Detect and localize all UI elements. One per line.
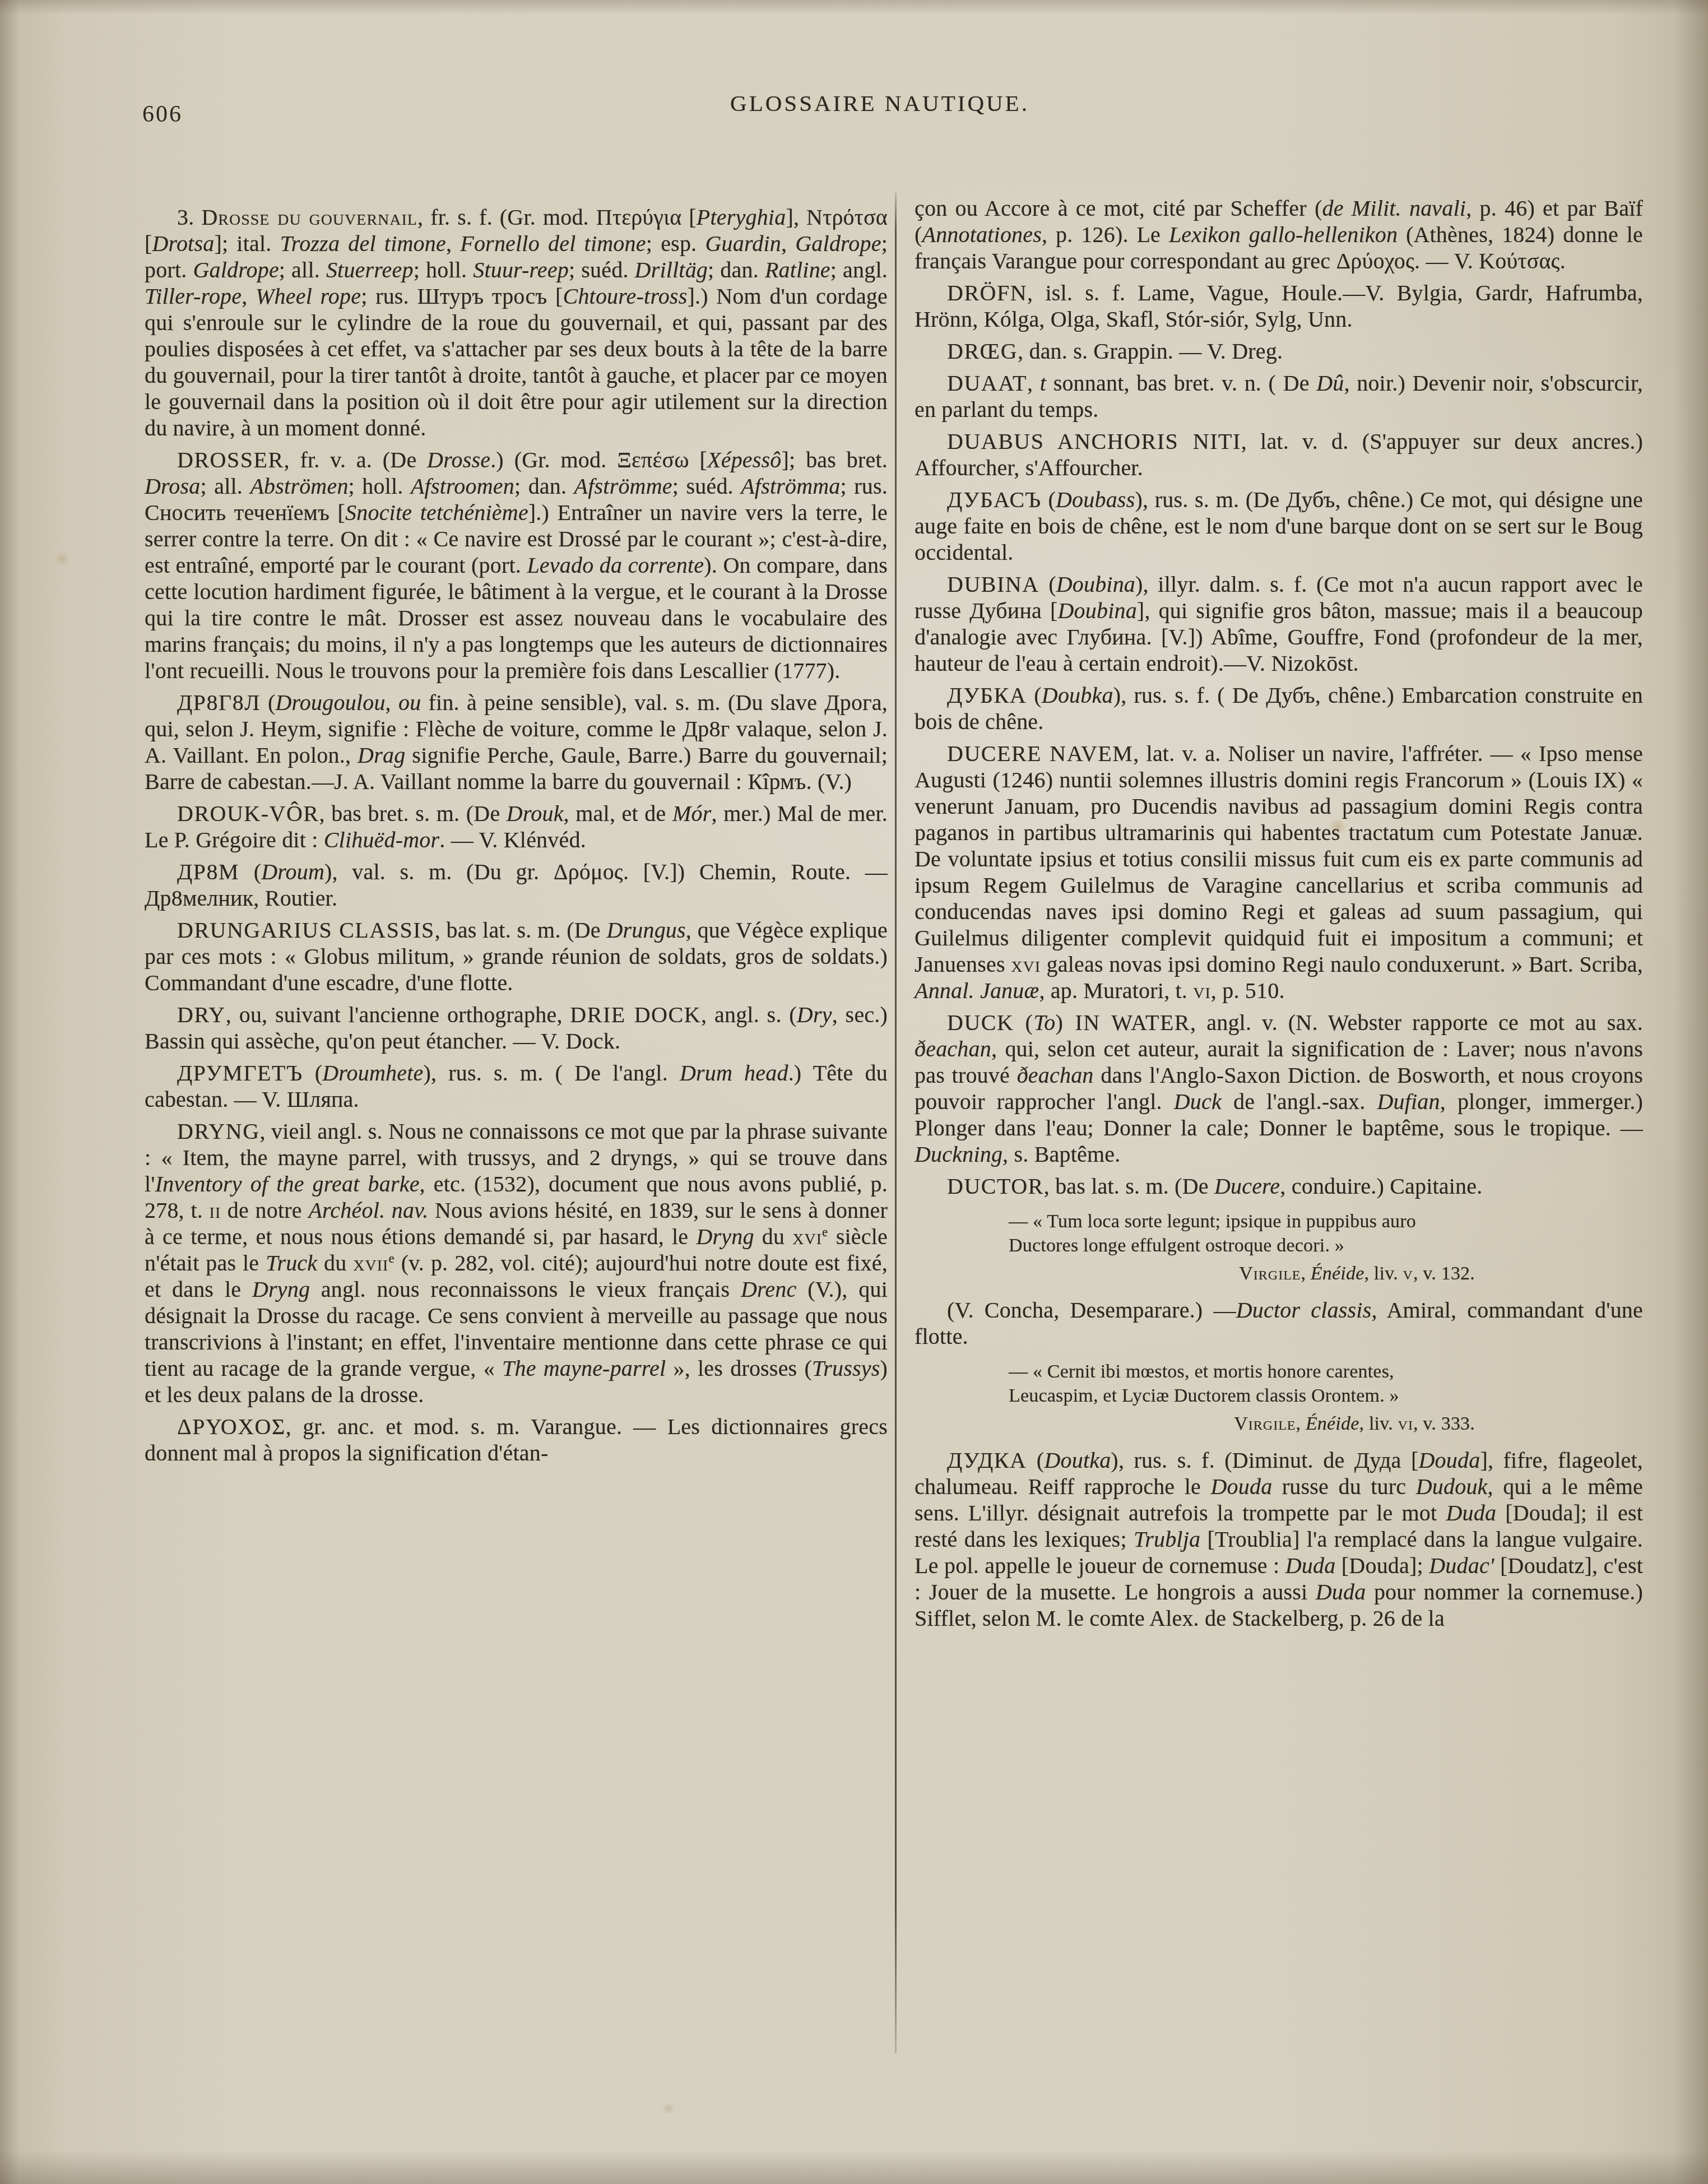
text-segment: v xyxy=(1403,1263,1413,1284)
text-segment: Doubina xyxy=(1057,598,1136,623)
glossary-entry: DRÖFN, isl. s. f. Lame, Vague, Houle.—V.… xyxy=(915,280,1643,332)
text-segment: du xyxy=(317,1250,353,1276)
entry-headword: DRŒG xyxy=(947,339,1018,364)
text-segment: ( xyxy=(1039,572,1056,597)
text-segment: ii xyxy=(210,1198,221,1223)
text-segment: ; all. xyxy=(201,474,250,499)
text-segment: ( xyxy=(1027,1448,1044,1473)
text-segment: Afstroomen xyxy=(411,474,514,499)
text-segment: angl. nous reconnaissons le vieux frança… xyxy=(310,1277,741,1302)
text-segment: Drotsa xyxy=(152,231,215,256)
text-segment: 3. xyxy=(177,205,201,230)
page-edge-shadow-bottom xyxy=(0,2150,1708,2184)
verse-quote: — « Cernit ibi mœstos, et mortis honore … xyxy=(1009,1360,1643,1408)
glossary-entry: DRY, ou, suivant l'ancienne orthographe,… xyxy=(145,1001,888,1054)
text-segment: Ductores longe effulgent ostroque decori… xyxy=(1009,1235,1344,1256)
entry-headword: ДУДКА xyxy=(947,1448,1027,1473)
text-segment: Annal. Januæ xyxy=(915,978,1039,1003)
text-segment: , liv. xyxy=(1359,1413,1398,1434)
text-segment: Virgile xyxy=(1239,1263,1301,1284)
text-segment: . — V. Klénvéd. xyxy=(439,827,586,852)
entry-headword: DRYNG xyxy=(177,1119,260,1144)
text-segment: Doubass xyxy=(1056,487,1135,512)
text-segment: Afströmme xyxy=(574,474,672,499)
entry-headword: ДУБАСЪ xyxy=(947,487,1042,512)
text-segment: Annotationes xyxy=(922,222,1042,247)
text-segment: t xyxy=(1040,370,1046,396)
text-segment: Stuur-reep xyxy=(473,257,569,282)
citation-attribution: Virgile, Énéide, liv. v, v. 132. xyxy=(915,1262,1475,1286)
text-segment: Drag xyxy=(358,743,405,768)
text-segment: Duck xyxy=(1174,1089,1222,1114)
text-segment: ( xyxy=(1042,487,1056,512)
text-segment: ðeachan xyxy=(915,1036,991,1061)
glossary-entry: ΔΡΥΟΧΟΣ, gr. anc. et mod. s. m. Varangue… xyxy=(145,1413,888,1466)
text-segment: ðeachan xyxy=(1017,1063,1094,1088)
right-column: çon ou Accore à ce mot, cité par Scheffe… xyxy=(915,195,1643,1637)
text-segment: , fr. s. f. (Gr. mod. Πτερύγια [ xyxy=(417,205,697,230)
text-segment: ]; ital. xyxy=(214,231,280,256)
text-segment: Doubina xyxy=(1056,572,1135,597)
text-segment: vi xyxy=(1193,978,1211,1003)
text-segment: Duda xyxy=(1446,1500,1496,1525)
entry-headword: ДРУМГЕТЪ xyxy=(177,1060,303,1086)
text-segment: Snocite tetchénième xyxy=(345,500,528,525)
text-segment: , xyxy=(386,690,398,715)
entry-headword: DRY xyxy=(177,1002,226,1027)
text-segment: , bas lat. s. m. (De xyxy=(435,917,607,943)
text-segment: sonnant, bas bret. v. n. ( De xyxy=(1046,370,1316,396)
text-segment: Dudac' xyxy=(1429,1553,1494,1578)
text-segment: Drilltäg xyxy=(635,257,708,282)
glossary-entry: DRYNG, vieil angl. s. Nous ne connaisson… xyxy=(145,1118,888,1408)
text-segment: Truck xyxy=(266,1250,317,1276)
text-segment: Abströmen xyxy=(250,474,348,499)
text-segment: , dan. s. Grappin. — V. Dreg. xyxy=(1018,339,1283,364)
text-segment: [Douda]; xyxy=(1335,1553,1429,1578)
glossary-entry: ДУБКА (Doubka), rus. s. f. ( De Дубъ, ch… xyxy=(915,682,1643,735)
page-edge-shadow-top xyxy=(0,0,1708,15)
text-segment: xvi xyxy=(792,1224,822,1249)
text-segment: Archéol. nav. xyxy=(308,1198,428,1223)
text-segment: Doubka xyxy=(1042,683,1113,708)
text-segment: Wheel rope xyxy=(256,284,361,309)
entry-headword: ДР8Г8Л xyxy=(177,690,261,715)
entry-continuation: çon ou Accore à ce mot, cité par Scheffe… xyxy=(915,195,1643,274)
entry-headword: ) IN WATER xyxy=(1055,1010,1190,1035)
citation-attribution: Virgile, Énéide, liv. vi, v. 333. xyxy=(915,1412,1475,1436)
text-segment: Drouk xyxy=(507,801,564,826)
entry-headword: ДР8М xyxy=(177,859,239,884)
glossary-entry: ДР8М (Droum), val. s. m. (Du gr. Δρόμος.… xyxy=(145,859,888,911)
text-segment: , xyxy=(1027,370,1040,396)
text-segment: , s. Baptême. xyxy=(1002,1142,1120,1167)
text-segment: — « Cernit ibi mœstos, et mortis honore … xyxy=(1009,1361,1394,1382)
text-segment: ; suéd. xyxy=(672,474,741,499)
text-segment: ; holl. xyxy=(349,474,411,499)
text-segment: ; dan. xyxy=(708,257,765,282)
text-segment: Duckning xyxy=(915,1142,1002,1167)
text-segment: ( xyxy=(303,1060,323,1086)
text-segment: — « Tum loca sorte legunt; ipsique in pu… xyxy=(1009,1211,1416,1232)
text-segment: Duda xyxy=(1316,1579,1366,1605)
text-segment: Duda xyxy=(1285,1553,1336,1578)
verse-quote: — « Tum loca sorte legunt; ipsique in pu… xyxy=(1009,1209,1643,1258)
glossary-entry: ДУБАСЪ (Doubass), rus. s. m. (De Дубъ, c… xyxy=(915,486,1643,565)
text-segment: Tiller-rope xyxy=(145,284,242,309)
text-segment: du xyxy=(754,1224,793,1249)
text-segment: Fornello del timone xyxy=(460,231,646,256)
glossary-entry: ДУДКА (Doutka), rus. s. f. (Diminut. de … xyxy=(915,1447,1643,1631)
text-segment: Drosse du gouvernail xyxy=(201,205,417,230)
text-segment: , angl. s. ( xyxy=(701,1002,797,1027)
text-segment: ]; bas bret. xyxy=(782,447,888,472)
scanned-book-page: 606 GLOSSAIRE NAUTIQUE. 3. Drosse du gou… xyxy=(0,0,1708,2184)
text-segment: The mayne-parrel xyxy=(502,1356,666,1381)
entry-headword: DROUK-VÔR xyxy=(177,801,319,826)
glossary-entry: (V. Concha, Desemparare.) —Ductor classi… xyxy=(915,1297,1643,1350)
text-segment: de l'angl.-sax. xyxy=(1222,1089,1377,1114)
entry-headword: DRUNGARIUS CLASSIS xyxy=(177,917,435,943)
text-segment: ; dan. xyxy=(514,474,574,499)
text-segment: , p. 510. xyxy=(1211,978,1285,1003)
page-edge-shadow-right xyxy=(1674,0,1708,2184)
text-segment: Dryng xyxy=(696,1224,754,1249)
glossary-entry: 3. Drosse du gouvernail, fr. s. f. (Gr. … xyxy=(145,204,888,441)
text-segment: , fr. v. a. (De xyxy=(284,447,428,472)
glossary-entry: DUAAT, t sonnant, bas bret. v. n. ( De D… xyxy=(915,370,1643,423)
entry-headword: DUBINA xyxy=(947,572,1039,597)
text-segment: Afströmma xyxy=(741,474,840,499)
text-segment: Drungus xyxy=(606,917,685,943)
text-segment: Dryng xyxy=(252,1277,310,1302)
text-segment: Guardin xyxy=(705,231,781,256)
text-segment: , xyxy=(1296,1413,1305,1434)
text-segment: Xépessô xyxy=(707,447,781,472)
glossary-entry: DUABUS ANCHORIS NITI, lat. v. d. (S'appu… xyxy=(915,428,1643,481)
text-segment: Trublja xyxy=(1134,1527,1200,1552)
text-segment: , v. 333. xyxy=(1413,1413,1475,1434)
text-segment: , xyxy=(1301,1263,1310,1284)
text-segment: ), rus. s. m. ( De l'angl. xyxy=(424,1060,680,1086)
text-segment: ; holl. xyxy=(414,257,473,282)
paper-stain xyxy=(661,2103,676,2114)
glossary-entry: DUCK (To) IN WATER, angl. v. (N. Webster… xyxy=(915,1009,1643,1167)
text-segment: Dry xyxy=(797,1002,832,1027)
text-segment: Droum xyxy=(261,859,324,884)
text-segment: Ductor classis xyxy=(1236,1297,1372,1323)
text-segment: Inventory of the great barke xyxy=(155,1171,420,1197)
glossary-entry: DUCTOR, bas lat. s. m. (De Ducere, condu… xyxy=(915,1173,1643,1199)
text-segment: ), rus. s. f. (Diminut. de Дуда [ xyxy=(1111,1448,1418,1473)
entry-headword: DUAAT xyxy=(947,370,1027,396)
text-segment: Drosa xyxy=(145,474,201,499)
text-segment: Drosse xyxy=(427,447,490,472)
glossary-entry: DROSSER, fr. v. a. (De Drosse.) (Gr. mod… xyxy=(145,447,888,684)
text-segment: çon ou Accore à ce mot, cité par Scheffe… xyxy=(915,196,1322,221)
text-segment: , angl. v. (N. Webster rapporte ce mot a… xyxy=(1190,1010,1643,1035)
text-segment: , bas lat. s. m. (De xyxy=(1044,1174,1214,1199)
text-segment: To xyxy=(1033,1010,1055,1035)
text-segment: (V. Concha, Desemparare.) — xyxy=(947,1297,1236,1323)
text-segment: Trussys xyxy=(812,1356,880,1381)
left-column: 3. Drosse du gouvernail, fr. s. f. (Gr. … xyxy=(145,204,888,1472)
text-segment: Levado da corrente xyxy=(527,553,704,578)
entry-headword: DUCERE NAVEM xyxy=(947,741,1133,766)
text-segment: , liv. xyxy=(1364,1263,1403,1284)
text-segment: xvi xyxy=(1011,952,1041,977)
text-segment: Drum head xyxy=(680,1060,788,1086)
text-segment: , ou, suivant l'ancienne orthographe, xyxy=(226,1002,570,1027)
text-segment: Dû xyxy=(1316,370,1344,396)
text-segment: ( xyxy=(261,690,276,715)
column-divider-rule xyxy=(895,193,897,2053)
text-segment: , xyxy=(781,231,795,256)
text-segment: e xyxy=(822,1225,828,1240)
glossary-entry: DUBINA (Doubina), illyr. dalm. s. f. (Ce… xyxy=(915,571,1643,676)
text-segment: ; all. xyxy=(279,257,326,282)
text-segment: Droumhete xyxy=(322,1060,423,1086)
text-segment: ; esp. xyxy=(646,231,706,256)
glossary-entry: DRUNGARIUS CLASSIS, bas lat. s. m. (De D… xyxy=(145,917,888,996)
text-segment: Galdrope xyxy=(193,257,279,282)
entry-headword: DRIE DOCK xyxy=(570,1002,701,1027)
entry-headword: DUCTOR xyxy=(947,1174,1044,1199)
entry-headword: DUCK ( xyxy=(947,1010,1033,1035)
text-segment: de notre xyxy=(221,1198,308,1223)
text-segment: ; suéd. xyxy=(569,257,635,282)
text-segment: Énéide xyxy=(1311,1263,1364,1284)
text-segment: Dufian xyxy=(1377,1089,1440,1114)
text-segment: Trozza del timone xyxy=(280,231,446,256)
text-segment: , p. 126). Le xyxy=(1042,222,1169,247)
text-segment: Drenc xyxy=(741,1277,796,1302)
entry-headword: ДУБКА xyxy=(947,683,1027,708)
text-segment: , lat. v. a. Noliser un navire, l'affrét… xyxy=(915,741,1643,977)
paper-stain xyxy=(54,553,71,565)
text-segment: vi xyxy=(1398,1413,1413,1434)
text-segment: ( xyxy=(1027,683,1042,708)
glossary-entry: ДРУМГЕТЪ (Droumhete), rus. s. m. ( De l'… xyxy=(145,1060,888,1112)
entry-headword: DRÖFN xyxy=(947,280,1027,305)
text-segment: Énéide xyxy=(1306,1413,1359,1434)
glossary-entry: DROUK-VÔR, bas bret. s. m. (De Drouk, ma… xyxy=(145,800,888,853)
text-segment: Mór xyxy=(672,801,712,826)
text-segment: Pteryghia xyxy=(697,205,786,230)
text-segment: de Milit. navali xyxy=(1322,196,1466,221)
running-title: GLOSSAIRE NAUTIQUE. xyxy=(84,90,1675,117)
text-segment: xvii xyxy=(353,1250,388,1276)
text-segment: Galdrope xyxy=(795,231,881,256)
text-segment: ( xyxy=(239,859,261,884)
text-segment: Leucaspim, et Lyciæ Ductorem classis Oro… xyxy=(1009,1385,1399,1406)
text-segment: e xyxy=(388,1251,394,1266)
text-segment: Doutka xyxy=(1044,1448,1111,1473)
text-segment: Ratline xyxy=(765,257,830,282)
text-segment: Dudouk xyxy=(1416,1474,1488,1499)
text-segment: ou xyxy=(398,690,421,715)
text-segment: , mal, et de xyxy=(564,801,672,826)
text-segment: », les drosses ( xyxy=(666,1356,812,1381)
text-segment: , ap. Muratori, t. xyxy=(1039,978,1193,1003)
text-segment: Ducere xyxy=(1214,1174,1280,1199)
text-segment: , xyxy=(242,284,256,309)
text-segment: ; angl. xyxy=(830,257,888,282)
glossary-entry: ДР8Г8Л (Drougoulou, ou fin. à peine sens… xyxy=(145,689,888,795)
text-segment: Virgile xyxy=(1234,1413,1296,1434)
text-segment: Chtoure-tross xyxy=(563,284,688,309)
text-segment: Stuerreep xyxy=(326,257,414,282)
text-segment: Drougoulou xyxy=(276,690,386,715)
entry-headword: DUABUS ANCHORIS NITI xyxy=(947,429,1241,454)
text-segment: , xyxy=(446,231,460,256)
text-segment: Lexikon gallo-hellenikon xyxy=(1169,222,1398,247)
text-segment: .) (Gr. mod. Ξεπέσω [ xyxy=(490,447,707,472)
entry-headword: ΔΡΥΟΧΟΣ xyxy=(177,1414,286,1439)
text-segment: ; rus. Штуръ тросъ [ xyxy=(361,284,563,309)
text-segment: Douda xyxy=(1419,1448,1480,1473)
text-segment: Clihuëd-mor xyxy=(324,827,440,852)
glossary-entry: DUCERE NAVEM, lat. v. a. Noliser un navi… xyxy=(915,740,1643,1004)
text-segment: Douda xyxy=(1210,1474,1272,1499)
text-segment: galeas novas ipsi domino Regi naulo cond… xyxy=(1041,952,1643,977)
text-segment: , v. 132. xyxy=(1413,1263,1475,1284)
entry-headword: DROSSER xyxy=(177,447,284,472)
page-edge-shadow-left xyxy=(0,0,19,2184)
text-segment: , conduire.) Capitaine. xyxy=(1280,1174,1482,1199)
text-segment: russe du turc xyxy=(1272,1474,1415,1499)
glossary-entry: DRŒG, dan. s. Grappin. — V. Dreg. xyxy=(915,338,1643,364)
text-segment: , bas bret. s. m. (De xyxy=(319,801,507,826)
